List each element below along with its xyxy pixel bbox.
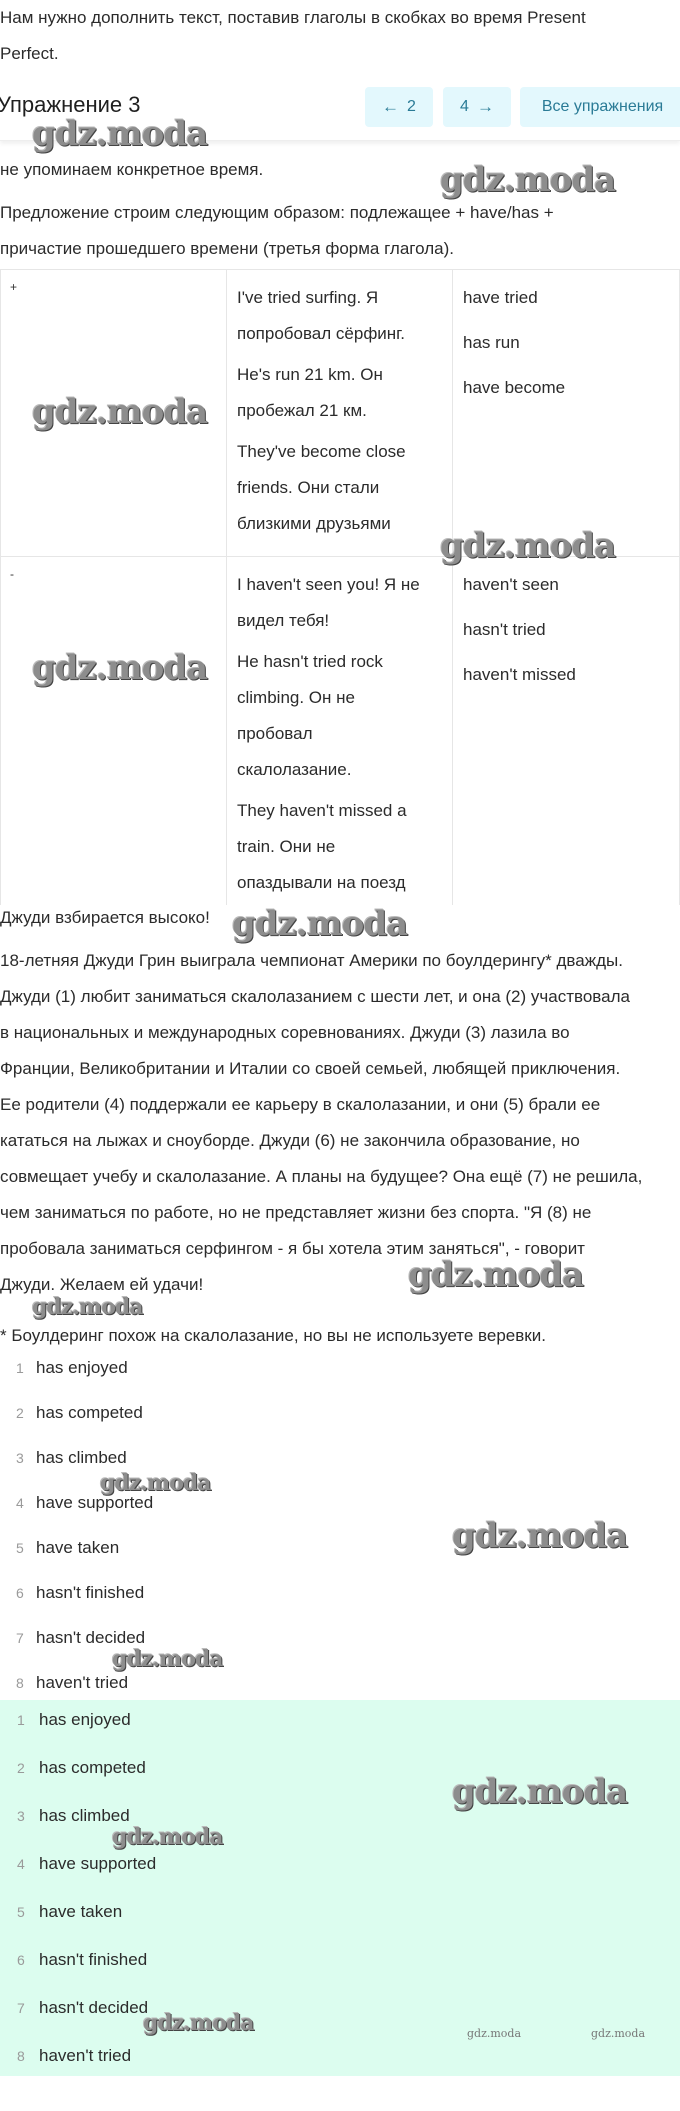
answer-text: have taken (39, 1902, 122, 1922)
answer-text: has climbed (39, 1806, 130, 1826)
list-item: 6hasn't finished (0, 1578, 300, 1608)
table-cell-sign: + (1, 270, 227, 556)
watermark: gdz.moda (452, 1516, 627, 1556)
answer-text: hasn't decided (36, 1628, 145, 1648)
answer-text: has climbed (36, 1448, 127, 1468)
item-number: 4 (16, 1495, 24, 1511)
watermark: gdz.moda (232, 904, 407, 944)
answer-text: has competed (36, 1403, 143, 1423)
answer-text: has competed (39, 1758, 146, 1778)
item-number: 5 (16, 1540, 24, 1556)
list-item: 3has climbed (0, 1443, 300, 1473)
item-number: 5 (17, 1904, 25, 1920)
item-number: 6 (16, 1585, 24, 1601)
answer-text: have supported (39, 1854, 156, 1874)
list-item: 1has enjoyed (0, 1705, 300, 1735)
sign-plus: + (10, 280, 17, 294)
exercise-header: Упражнение 3 ← 2 4 → Все упражнения (0, 76, 680, 141)
next-exercise-label: 4 (460, 98, 469, 116)
form-text: have become (453, 370, 679, 406)
prev-exercise-label: 2 (407, 98, 416, 116)
item-number: 2 (17, 1760, 25, 1776)
form-text: has run (453, 325, 679, 361)
example-text: I've tried surfing. Япопробовал сёрфинг. (227, 280, 452, 352)
item-number: 3 (16, 1450, 24, 1466)
intro-text-line-1: Нам нужно дополнить текст, поставив глаг… (0, 0, 586, 36)
list-item: 5have taken (0, 1897, 300, 1927)
answer-text: hasn't decided (39, 1998, 148, 2018)
rule-line-1: Предложение строим следующим образом: по… (0, 195, 554, 231)
list-item: 4have supported (0, 1488, 300, 1518)
item-number: 2 (16, 1405, 24, 1421)
story-line: в национальных и международных соревнова… (0, 1015, 570, 1051)
table-cell-forms: haven't seen hasn't tried haven't missed (453, 557, 679, 905)
form-text: haven't seen (453, 567, 679, 603)
example-text: I haven't seen you! Я невидел тебя! (227, 567, 452, 639)
form-text: hasn't tried (453, 612, 679, 648)
arrow-left-icon: ← (382, 97, 399, 117)
answer-text: have supported (36, 1493, 153, 1513)
prev-exercise-button[interactable]: ← 2 (365, 87, 433, 127)
list-item: 7hasn't decided (0, 1993, 300, 2023)
item-number: 7 (17, 2000, 25, 2016)
form-text: have tried (453, 280, 679, 316)
story-line: кататься на лыжах и сноуборде. Джуди (6)… (0, 1123, 580, 1159)
item-number: 1 (16, 1360, 24, 1376)
sign-minus: - (10, 567, 14, 581)
story-line: чем заниматься по работе, но не представ… (0, 1195, 591, 1231)
list-item: 2has competed (0, 1398, 300, 1428)
answer-text: haven't tried (39, 2046, 131, 2066)
table-row: + I've tried surfing. Япопробовал сёрфин… (1, 270, 679, 557)
list-item: 8haven't tried (0, 1668, 300, 1698)
footnote: * Боулдеринг похож на скалолазание, но в… (0, 1318, 546, 1354)
item-number: 8 (17, 2048, 25, 2064)
intro-text-line-2: Perfect. (0, 36, 59, 72)
story-line: 18-летняя Джуди Грин выиграла чемпионат … (0, 943, 623, 979)
list-item: 3has climbed (0, 1801, 300, 1831)
story-line: Джуди (1) любит заниматься скалолазанием… (0, 979, 630, 1015)
item-number: 1 (17, 1712, 25, 1728)
arrow-right-icon: → (477, 97, 494, 117)
page-title: Упражнение 3 (0, 92, 141, 118)
list-item: 7hasn't decided (0, 1623, 300, 1653)
example-text: They've become closefriends. Они сталибл… (227, 434, 452, 542)
answer-text: has enjoyed (39, 1710, 131, 1730)
rule-line-2: причастие прошедшего времени (третья фор… (0, 231, 454, 267)
story-line: Франции, Великобритании и Италии со свое… (0, 1051, 620, 1087)
story-line: пробовала заниматься серфингом - я бы хо… (0, 1231, 585, 1267)
answer-text: haven't tried (36, 1673, 128, 1693)
item-number: 4 (17, 1856, 25, 1872)
explanation-cut-line: не упоминаем конкретное время. (0, 152, 263, 188)
answer-text: have taken (36, 1538, 119, 1558)
example-text: They haven't missed atrain. Они неопазды… (227, 793, 452, 901)
story-title: Джуди взбирается высоко! (0, 900, 210, 936)
all-exercises-button[interactable]: Все упражнения (520, 87, 680, 127)
item-number: 8 (16, 1675, 24, 1691)
story-line: совмещает учебу и скалолазание. А планы … (0, 1159, 642, 1195)
answer-text: has enjoyed (36, 1358, 128, 1378)
list-item: 5have taken (0, 1533, 300, 1563)
answer-text: hasn't finished (39, 1950, 147, 1970)
list-item: 1has enjoyed (0, 1353, 300, 1383)
table-cell-examples: I've tried surfing. Япопробовал сёрфинг.… (227, 270, 453, 556)
list-item: 2has competed (0, 1753, 300, 1783)
table-row: - I haven't seen you! Я невидел тебя! He… (1, 557, 679, 905)
form-text: haven't missed (453, 657, 679, 693)
item-number: 7 (16, 1630, 24, 1646)
table-cell-examples: I haven't seen you! Я невидел тебя! He h… (227, 557, 453, 905)
table-cell-sign: - (1, 557, 227, 905)
grammar-table: + I've tried surfing. Япопробовал сёрфин… (0, 269, 680, 905)
item-number: 3 (17, 1808, 25, 1824)
example-text: He's run 21 km. Онпробежал 21 км. (227, 357, 452, 429)
all-exercises-label: Все упражнения (542, 98, 663, 116)
answer-text: hasn't finished (36, 1583, 144, 1603)
list-item: 8haven't tried (0, 2041, 300, 2071)
next-exercise-button[interactable]: 4 → (443, 87, 511, 127)
list-item: 4have supported (0, 1849, 300, 1879)
list-item: 6hasn't finished (0, 1945, 300, 1975)
table-cell-forms: have tried has run have become (453, 270, 679, 556)
item-number: 6 (17, 1952, 25, 1968)
example-text: He hasn't tried rockclimbing. Он непробо… (227, 644, 452, 788)
story-line: Ее родители (4) поддержали ее карьеру в … (0, 1087, 600, 1123)
watermark: gdz.moda (440, 160, 615, 200)
story-line: Джуди. Желаем ей удачи! (0, 1267, 203, 1303)
